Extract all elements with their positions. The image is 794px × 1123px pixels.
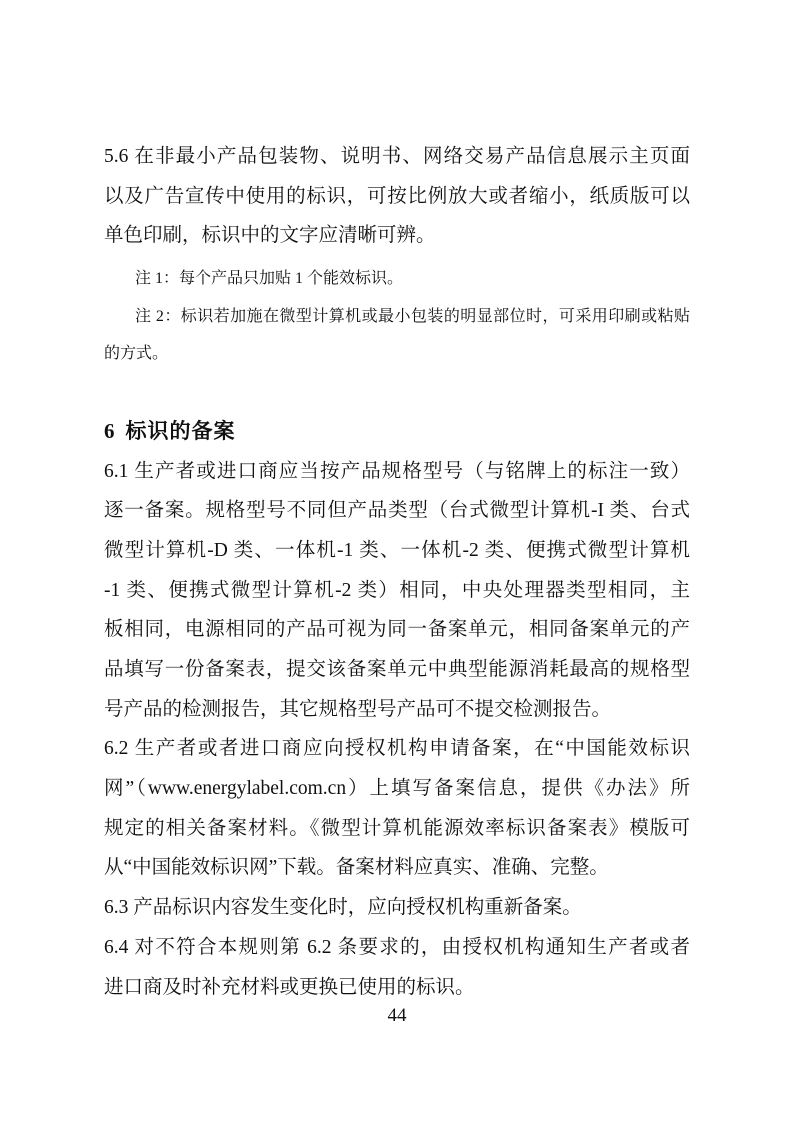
text-line: 6.3 产品标识内容发生变化时，应向授权机构重新备案。: [104, 888, 690, 928]
note-line: 注 1：每个产品只加贴 1 个能效标识。: [104, 260, 690, 298]
clause-6-3-paragraph: 6.3 产品标识内容发生变化时，应向授权机构重新备案。: [104, 888, 690, 928]
text-line: 6.4 对不符合本规则第 6.2 条要求的，由授权机构通知生产者或者: [104, 928, 690, 968]
note-1: 注 1：每个产品只加贴 1 个能效标识。: [104, 260, 690, 298]
note-line: 注 2：标识若加施在微型计算机或最小包装的明显部位时，可采用印刷或粘贴: [104, 298, 690, 336]
text-line: 号产品的检测报告，其它规格型号产品可不提交检测报告。: [104, 690, 690, 730]
text-line: 单色印刷，标识中的文字应清晰可辨。: [104, 216, 690, 256]
note-line: 的方式。: [104, 335, 690, 373]
clause-6-1-paragraph: 6.1 生产者或进口商应当按产品规格型号（与铭牌上的标注一致） 逐一备案。规格型…: [104, 452, 690, 730]
section-title: 标识的备案: [126, 411, 236, 453]
clause-6-2-paragraph: 6.2 生产者或者进口商应向授权机构申请备案，在“中国能效标识 网”（www.e…: [104, 729, 690, 888]
text-line: 6.1 生产者或进口商应当按产品规格型号（与铭牌上的标注一致）: [104, 452, 690, 492]
clause-6-4-paragraph: 6.4 对不符合本规则第 6.2 条要求的，由授权机构通知生产者或者 进口商及时…: [104, 928, 690, 1007]
document-page: 5.6 在非最小产品包装物、说明书、网络交易产品信息展示主页面 以及广告宣传中使…: [0, 0, 794, 1123]
text-line: 板相同，电源相同的产品可视为同一备案单元，相同备案单元的产: [104, 610, 690, 650]
text-line: 逐一备案。规格型号不同但产品类型（台式微型计算机-I 类、台式: [104, 491, 690, 531]
section-6-heading: 6 标识的备案: [104, 410, 690, 452]
text-line: 网”（www.energylabel.com.cn）上填写备案信息，提供《办法》…: [104, 769, 690, 809]
text-line: 以及广告宣传中使用的标识，可按比例放大或者缩小，纸质版可以: [104, 177, 690, 217]
text-line: 从“中国能效标识网”下载。备案材料应真实、准确、完整。: [104, 848, 690, 888]
note-2: 注 2：标识若加施在微型计算机或最小包装的明显部位时，可采用印刷或粘贴 的方式。: [104, 298, 690, 373]
section-number: 6: [104, 410, 115, 452]
text-line: 6.2 生产者或者进口商应向授权机构申请备案，在“中国能效标识: [104, 729, 690, 769]
page-number: 44: [0, 1004, 794, 1028]
text-line: 品填写一份备案表，提交该备案单元中典型能源消耗最高的规格型: [104, 650, 690, 690]
text-line: 进口商及时补充材料或更换已使用的标识。: [104, 968, 690, 1008]
text-line: 规定的相关备案材料。《微型计算机能源效率标识备案表》模版可: [104, 809, 690, 849]
text-line: 5.6 在非最小产品包装物、说明书、网络交易产品信息展示主页面: [104, 137, 690, 177]
page-content: 5.6 在非最小产品包装物、说明书、网络交易产品信息展示主页面 以及广告宣传中使…: [104, 0, 690, 1007]
clause-5-6-paragraph: 5.6 在非最小产品包装物、说明书、网络交易产品信息展示主页面 以及广告宣传中使…: [104, 137, 690, 256]
text-line: -1 类、便携式微型计算机-2 类）相同，中央处理器类型相同，主: [104, 571, 690, 611]
text-line: 微型计算机-D 类、一体机-1 类、一体机-2 类、便携式微型计算机: [104, 531, 690, 571]
